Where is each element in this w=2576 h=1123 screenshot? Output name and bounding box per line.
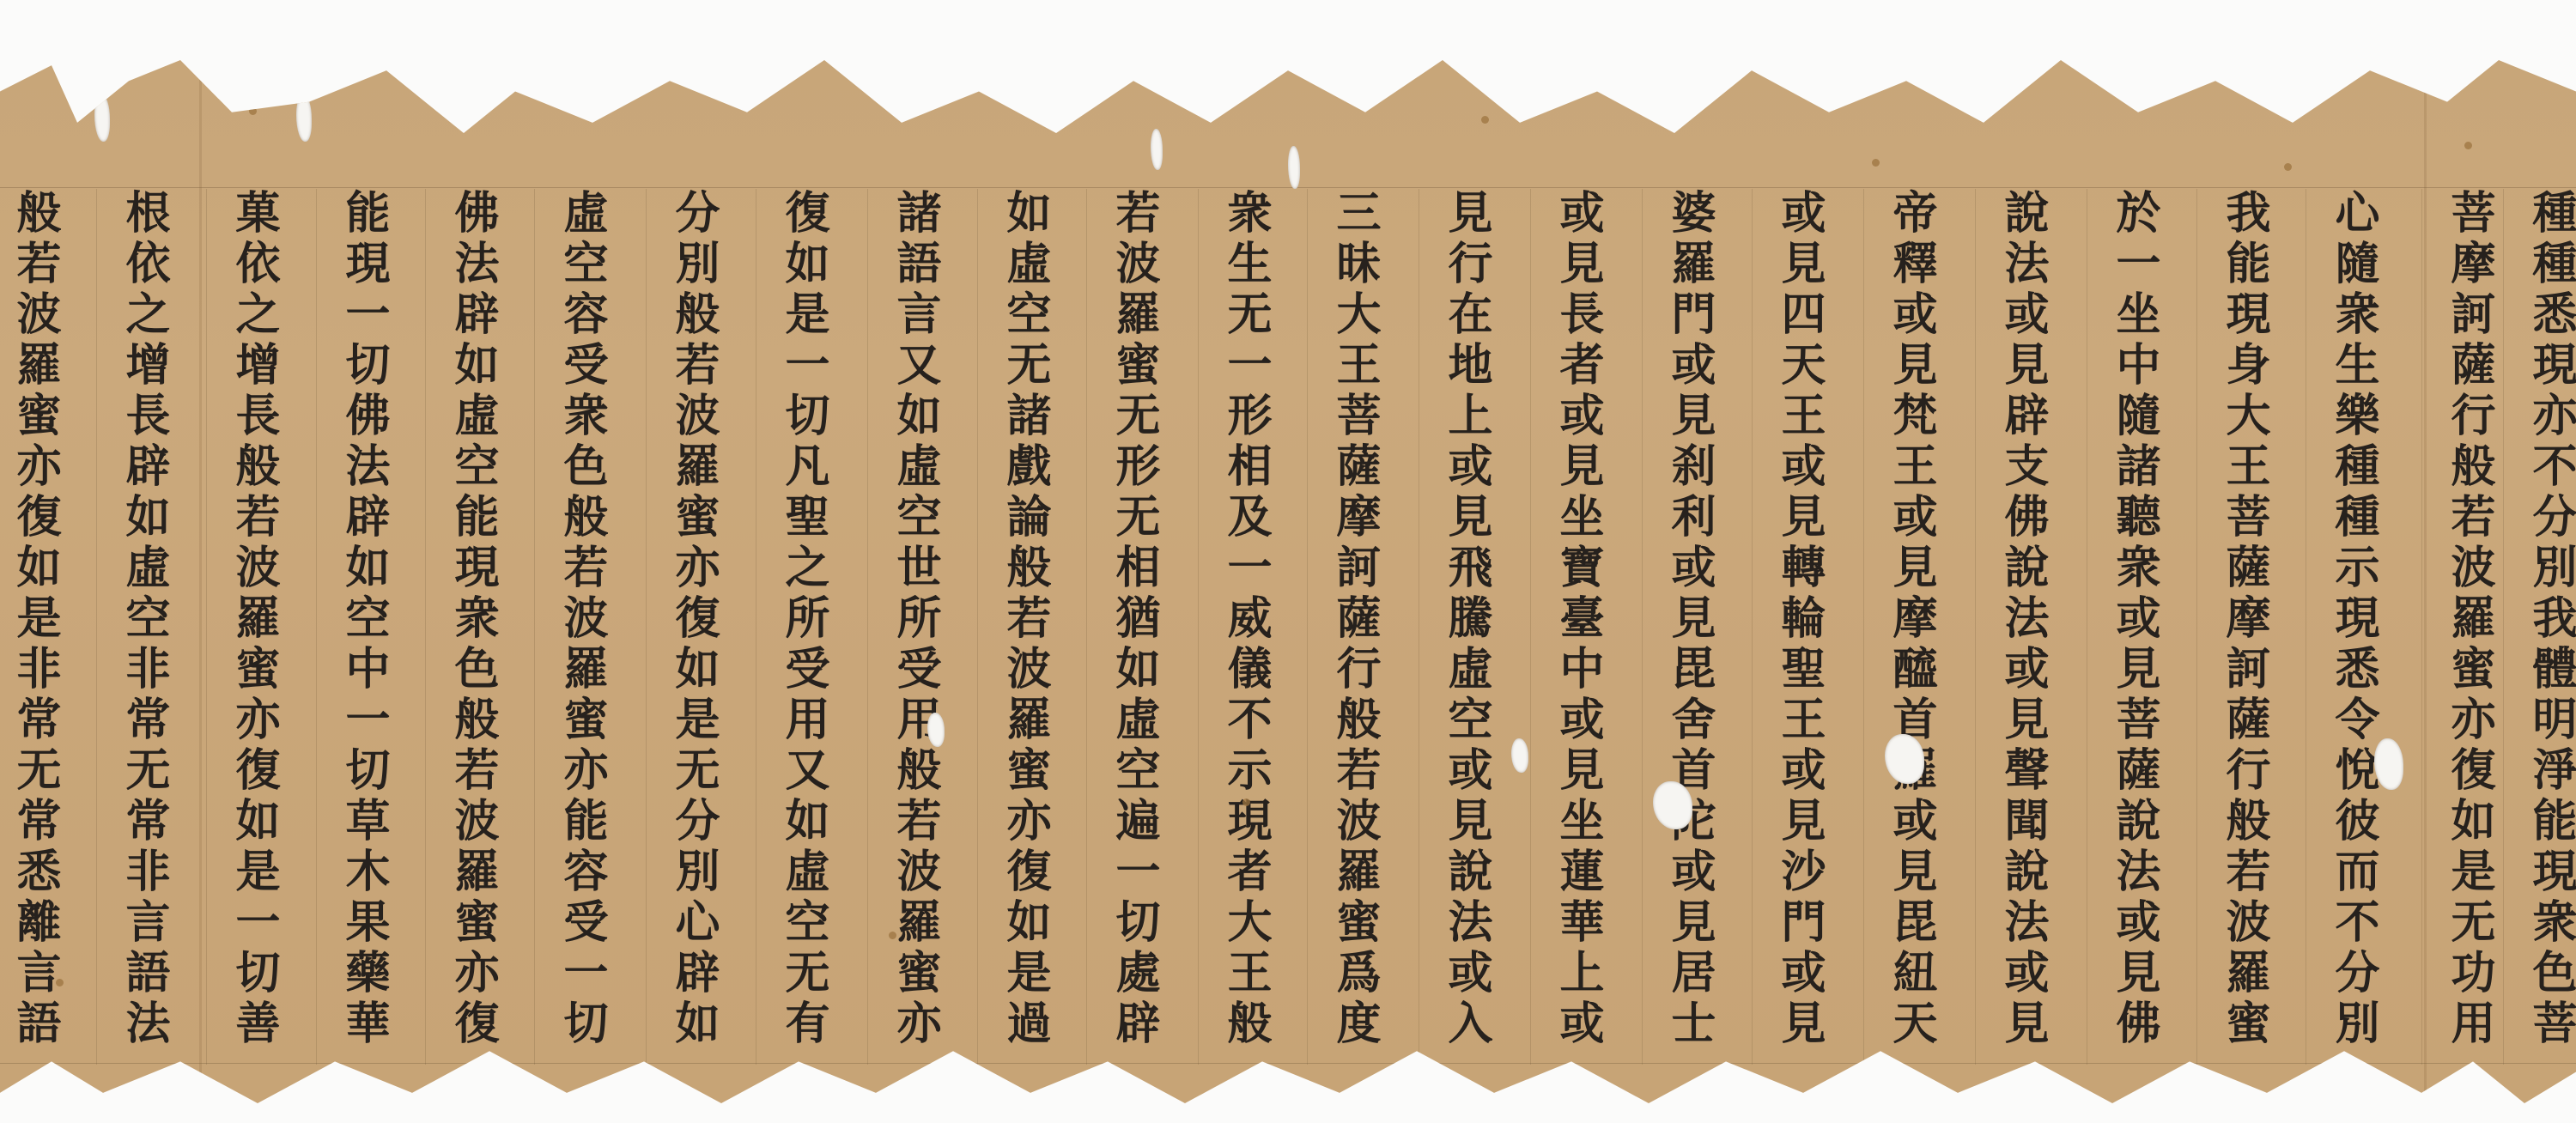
text-column: 說法或見辟支佛說法或見聲聞說法或見: [1975, 189, 2069, 1065]
text-column: 分別般若波羅蜜亦復如是无分別心辟如: [646, 189, 740, 1065]
text-column: 於一坐中隨諸聽衆或見菩薩說法或見佛: [2087, 189, 2181, 1065]
text-column: 如虛空无諸戲論般若波羅蜜亦復如是過: [977, 189, 1072, 1065]
worm-hole: [1288, 146, 1300, 189]
top-ruling-line: [0, 187, 2576, 188]
text-column: 復如是一切凡聖之所受用又如虛空无有: [756, 189, 850, 1065]
text-column: 諸語言又如虛空世所受用般若波羅蜜亦: [867, 189, 962, 1065]
stain-spot: [1872, 159, 1880, 167]
text-column: 或見長者或見坐寶臺中或見坐蓮華上或: [1530, 189, 1625, 1065]
paper-join-seam: [199, 60, 202, 1103]
worm-hole: [296, 94, 312, 142]
text-column-partial: 般若波羅蜜亦復如是非常无常悉離言語: [0, 189, 82, 1065]
text-column: 衆生无一形相及一威儀不示現者大王般: [1198, 189, 1292, 1065]
text-column: 若波羅蜜无形无相猶如虛空遍一切處辟: [1086, 189, 1181, 1065]
text-column: 或見四天王或見轉輪聖王或見沙門或見: [1752, 189, 1846, 1065]
text-column: 根依之增長辟如虛空非常无常非言語法: [96, 189, 191, 1065]
text-column: 見行在地上或見飛騰虛空或見說法或入: [1419, 189, 1513, 1065]
worm-hole: [1151, 129, 1163, 170]
worm-hole: [927, 713, 945, 747]
text-column: 心隨衆生樂種種示現悉令悅彼而不分別: [2306, 189, 2400, 1065]
stain-spot: [1242, 798, 1250, 806]
stain-spot: [2464, 142, 2472, 149]
text-column: 帝釋或見梵王或見摩醯首羅或見毘紐天: [1863, 189, 1958, 1065]
sutra-scroll: 種種悉現亦不分別我體明淨能現衆色菩 菩摩訶薩行般若波羅蜜亦復如是无功用 心隨衆生…: [0, 60, 2576, 1103]
text-column: 虛空容受衆色般若波羅蜜亦能容受一切: [534, 189, 629, 1065]
stain-spot: [249, 107, 257, 115]
stain-spot: [2284, 163, 2292, 171]
stain-spot: [1481, 116, 1489, 124]
text-column: 菩摩訶薩行般若波羅蜜亦復如是无功用: [2421, 189, 2516, 1065]
text-column: 菓依之增長般若波羅蜜亦復如是一切善: [206, 189, 301, 1065]
text-column: 佛法辟如虛空能現衆色般若波羅蜜亦復: [425, 189, 519, 1065]
worm-hole: [94, 94, 110, 142]
text-column: 婆羅門或見刹利或見毘舍首陀或見居士: [1642, 189, 1736, 1065]
text-column: 三昧大王菩薩摩訶薩行般若波羅蜜爲度: [1307, 189, 1401, 1065]
text-column: 能現一切佛法辟如空中一切草木果藥華: [316, 189, 410, 1065]
stain-spot: [56, 979, 64, 986]
stain-spot: [889, 932, 896, 939]
worm-hole: [1511, 738, 1528, 773]
text-column: 我能現身大王菩薩摩訶薩行般若波羅蜜: [2196, 189, 2291, 1065]
